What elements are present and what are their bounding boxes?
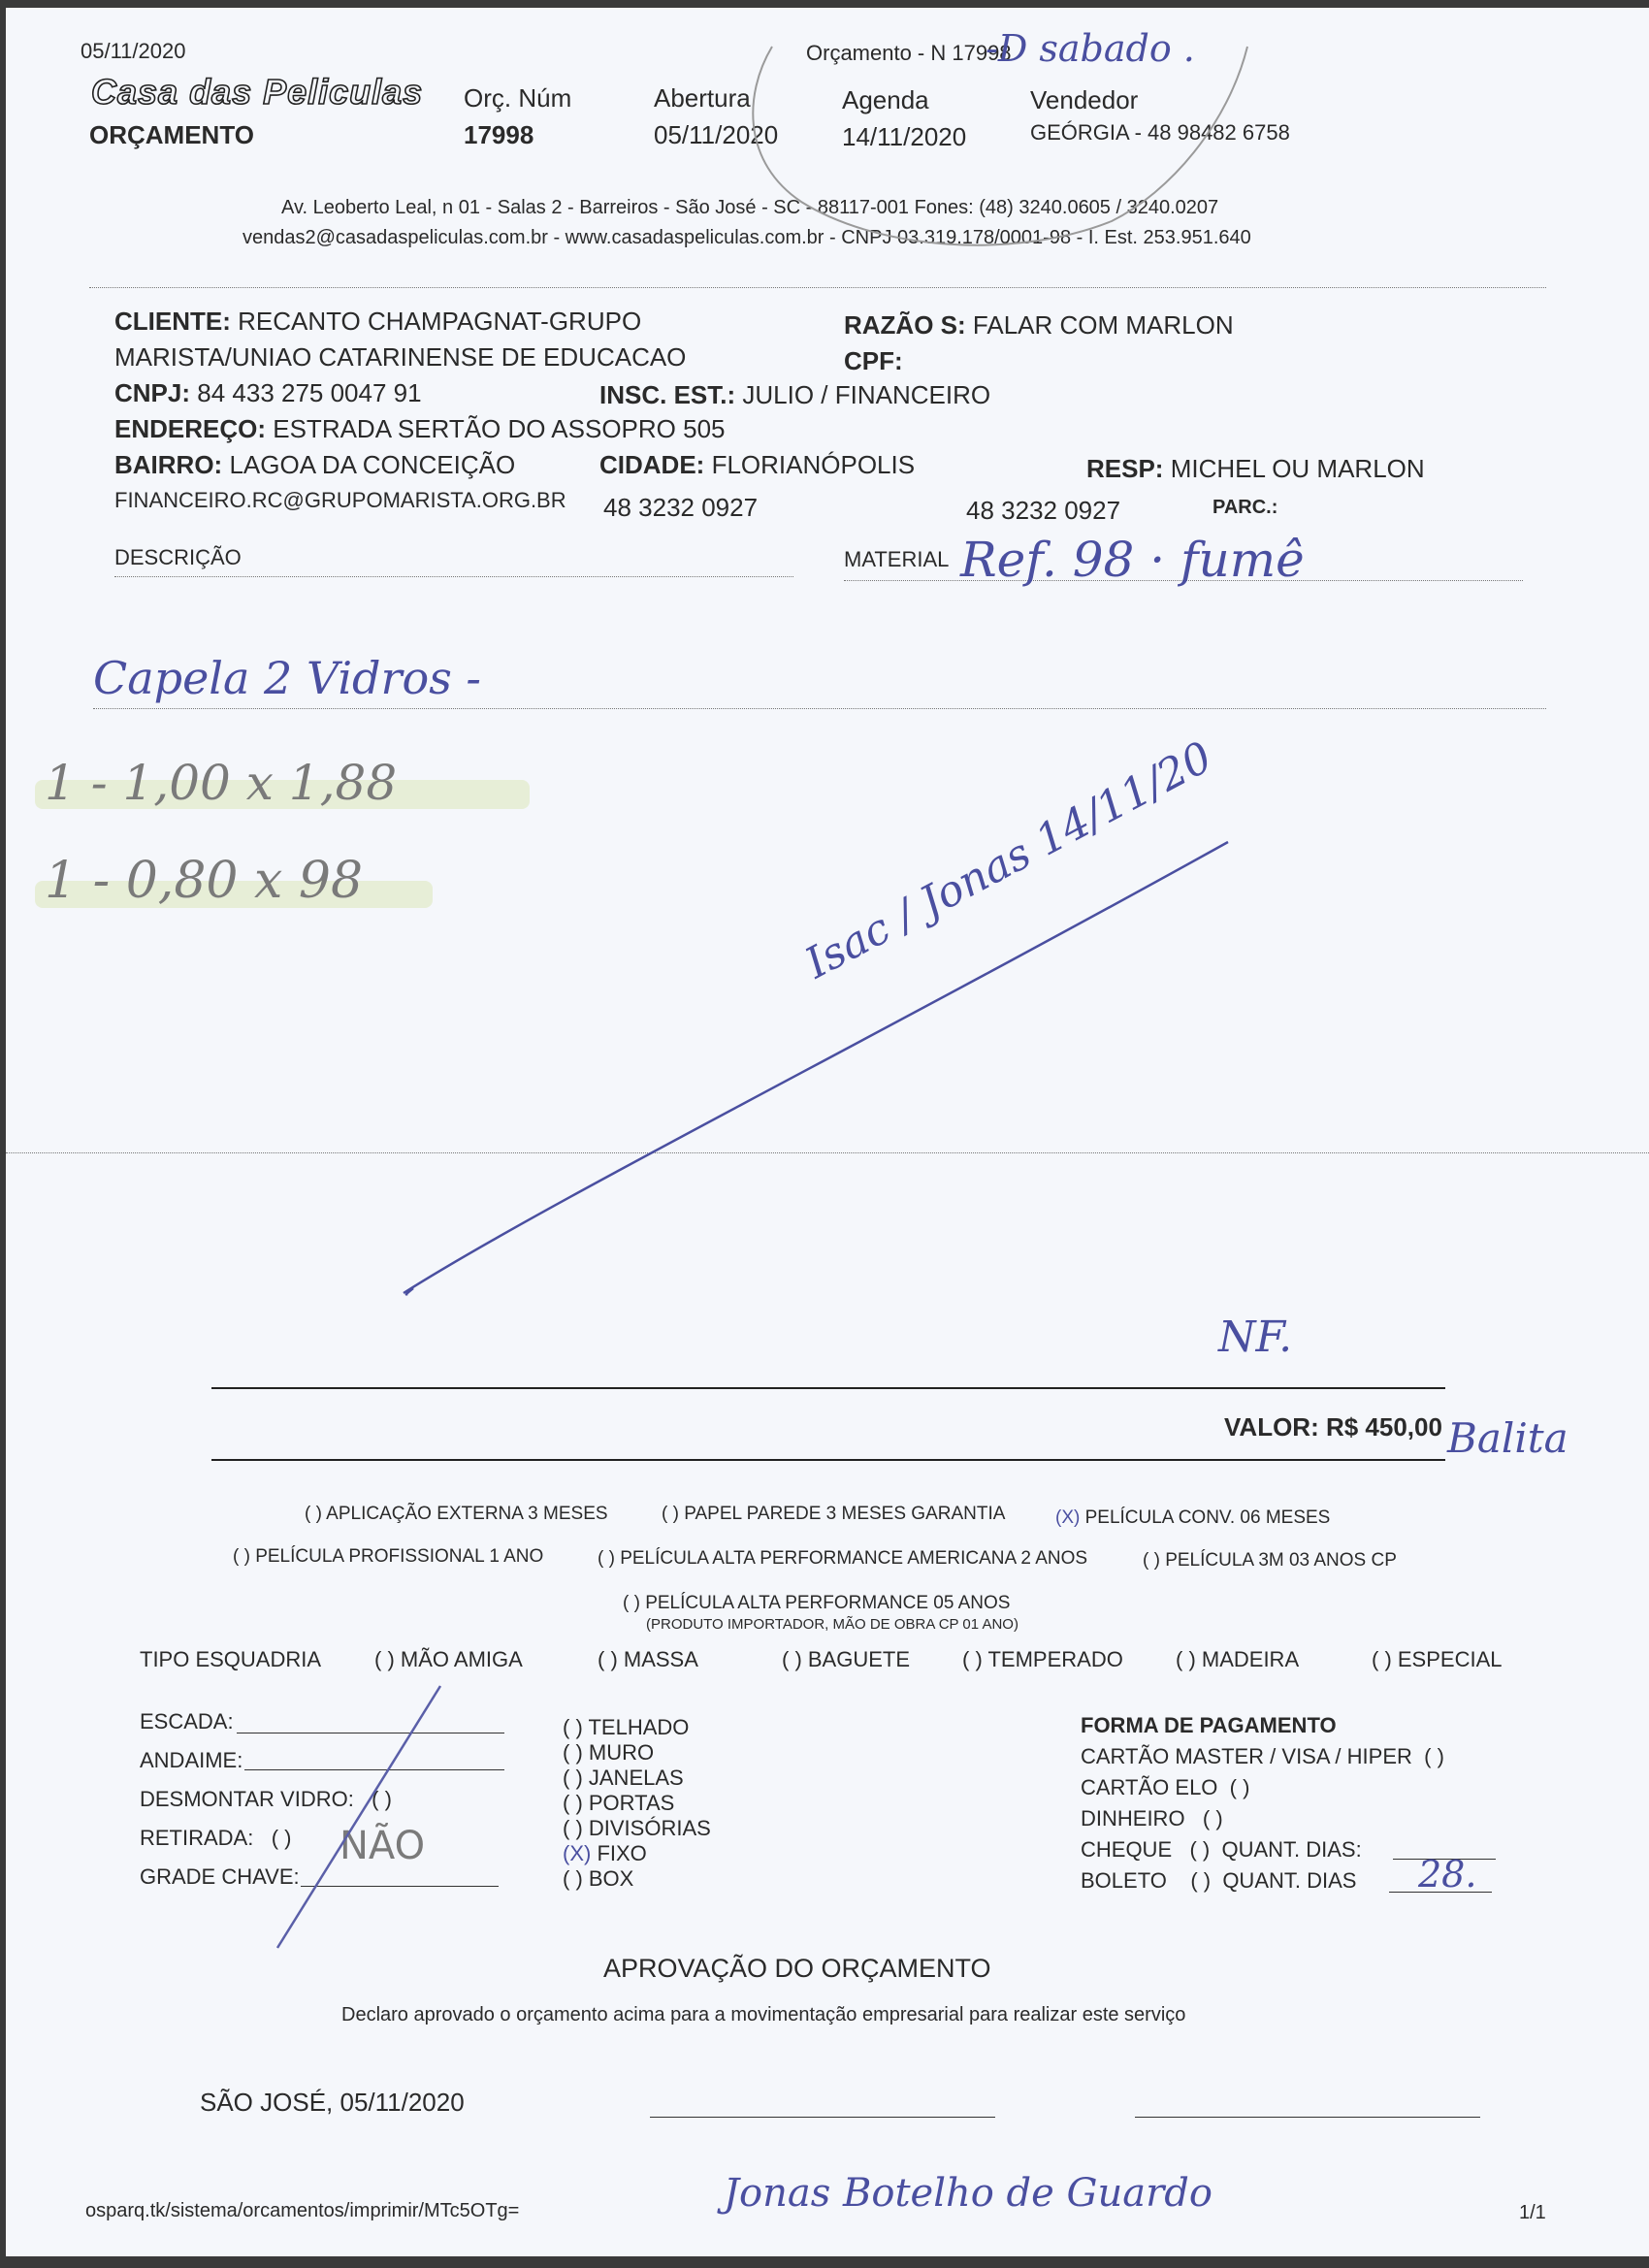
checkbox-empty[interactable]: ( ) (1176, 1647, 1196, 1671)
option-label: MÃO AMIGA (395, 1647, 523, 1671)
agenda-label: Agenda (842, 85, 929, 115)
esquadria-option[interactable]: ( ) BAGUETE (782, 1647, 910, 1672)
andaime-line (244, 1769, 504, 1770)
option-label: ESPECIAL (1392, 1647, 1503, 1671)
escada-field[interactable]: ESCADA: (140, 1709, 234, 1734)
checkbox-empty[interactable]: ( ) (563, 1791, 583, 1815)
footer-url[interactable]: osparq.tk/sistema/orcamentos/imprimir/MT… (85, 2200, 519, 2222)
agenda-value: 14/11/2020 (842, 122, 966, 152)
orc-num-label: Orç. Núm (464, 83, 571, 113)
esquadria-option[interactable]: ( ) MÃO AMIGA (374, 1647, 523, 1672)
print-date: 05/11/2020 (81, 39, 185, 64)
resp-field: RESP: MICHEL OU MARLON (1086, 454, 1425, 484)
option-label: BOX (583, 1866, 634, 1891)
checkbox-checked[interactable]: (X) (563, 1841, 591, 1865)
signature-line-1 (650, 2117, 995, 2118)
checkbox-empty[interactable]: ( ) (962, 1647, 983, 1671)
checkbox-empty[interactable]: ( ) (598, 1647, 618, 1671)
document-reference: Orçamento - N 17998 (806, 41, 1012, 66)
approval-place-date: SÃO JOSÉ, 05/11/2020 (200, 2088, 465, 2118)
description-line-3: 1 - 0,80 x 98 (45, 852, 363, 910)
checkbox-checked[interactable]: (X) (1055, 1507, 1080, 1528)
checkbox-empty[interactable]: ( ) (563, 1740, 583, 1765)
valor-top-rule (211, 1387, 1445, 1389)
option-label: TEMPERADO (983, 1647, 1123, 1671)
option-label: TELHADO (583, 1715, 690, 1739)
esquadria-option[interactable]: ( ) TEMPERADO (962, 1647, 1123, 1672)
checkbox-empty[interactable]: ( ) (1372, 1647, 1392, 1671)
checkbox-empty[interactable]: ( ) (305, 1504, 322, 1524)
company-address: Av. Leoberto Leal, n 01 - Salas 2 - Barr… (281, 197, 1218, 219)
paper-fold-line (6, 1152, 1649, 1153)
option-label: PELÍCULA ALTA PERFORMANCE AMERICANA 2 AN… (615, 1548, 1087, 1569)
vendedor-label: Vendedor (1030, 85, 1138, 115)
location-option[interactable]: (X) FIXO (563, 1841, 647, 1866)
location-option[interactable]: ( ) BOX (563, 1866, 633, 1892)
desmontar-vidro-field[interactable]: DESMONTAR VIDRO: ( ) (140, 1787, 392, 1812)
document-page: 05/11/2020 Orçamento - N 17998 -D sabado… (6, 8, 1649, 2256)
option-label: PORTAS (583, 1791, 675, 1815)
service-option-note: (PRODUTO IMPORTADOR, MÃO DE OBRA CP 01 A… (646, 1616, 1018, 1633)
checkbox-empty[interactable]: ( ) (782, 1647, 802, 1671)
checkbox-empty[interactable]: ( ) (662, 1504, 679, 1524)
location-option[interactable]: ( ) TELHADO (563, 1715, 689, 1740)
bairro-field: BAIRRO: LAGOA DA CONCEIÇÃO (114, 450, 515, 480)
checkbox-empty[interactable]: ( ) (374, 1647, 395, 1671)
retirada-field[interactable]: RETIRADA: ( ) (140, 1826, 291, 1851)
approval-declaration: Declaro aprovado o orçamento acima para … (341, 2004, 1185, 2026)
cliente-field-continued: MARISTA/UNIAO CATARINENSE DE EDUCACAO (114, 342, 686, 373)
location-option[interactable]: ( ) PORTAS (563, 1791, 674, 1816)
razao-field: RAZÃO S: FALAR COM MARLON (844, 310, 1234, 340)
descricao-label: DESCRIÇÃO (114, 545, 242, 570)
checkbox-empty[interactable]: ( ) (563, 1715, 583, 1739)
payment-cheque[interactable]: CHEQUE ( ) QUANT. DIAS: (1081, 1837, 1362, 1863)
service-option[interactable]: ( ) APLICAÇÃO EXTERNA 3 MESES (305, 1504, 608, 1525)
client-phone-2: 48 3232 0927 (966, 496, 1120, 526)
esquadria-option[interactable]: ( ) MADEIRA (1176, 1647, 1299, 1672)
parc-label: PARC.: (1212, 497, 1277, 519)
option-label: MASSA (618, 1647, 698, 1671)
cnpj-field: CNPJ: 84 433 275 0047 91 (114, 378, 422, 408)
service-option[interactable]: ( ) PELÍCULA PROFISSIONAL 1 ANO (233, 1546, 543, 1568)
option-label: DIVISÓRIAS (583, 1816, 711, 1840)
option-label: JANELAS (583, 1766, 684, 1790)
client-email: FINANCEIRO.RC@GRUPOMARISTA.ORG.BR (114, 488, 566, 513)
location-option[interactable]: ( ) DIVISÓRIAS (563, 1816, 711, 1841)
service-option[interactable]: ( ) PELÍCULA ALTA PERFORMANCE AMERICANA … (598, 1548, 1087, 1570)
description-line-2: 1 - 1,00 x 1,88 (45, 755, 397, 811)
grade-chave-line (301, 1886, 499, 1887)
orc-num-value: 17998 (464, 120, 533, 150)
service-option[interactable]: ( ) PAPEL PAREDE 3 MESES GARANTIA (662, 1504, 1005, 1525)
esquadria-option[interactable]: ( ) MASSA (598, 1647, 698, 1672)
signature-line-2 (1135, 2117, 1480, 2118)
payment-dinheiro[interactable]: DINHEIRO ( ) (1081, 1806, 1223, 1831)
option-label: PAPEL PAREDE 3 MESES GARANTIA (679, 1504, 1005, 1524)
handwritten-sabado-note: -D sabado . (986, 27, 1195, 70)
grade-chave-field[interactable]: GRADE CHAVE: (140, 1864, 300, 1890)
abertura-label: Abertura (654, 83, 751, 113)
valor-handwritten: Balita (1447, 1414, 1568, 1462)
diagonal-handwritten-note: Isac / Jonas 14/11/20 (797, 732, 1220, 988)
service-option[interactable]: ( ) PELÍCULA 3M 03 ANOS CP (1143, 1550, 1397, 1571)
checkbox-empty[interactable]: ( ) (623, 1593, 640, 1613)
valor-bottom-rule (211, 1459, 1445, 1461)
checkbox-empty[interactable]: ( ) (233, 1546, 250, 1567)
abertura-value: 05/11/2020 (654, 120, 778, 150)
option-label: MURO (583, 1740, 654, 1765)
esquadria-option[interactable]: ( ) ESPECIAL (1372, 1647, 1502, 1672)
option-label: PELÍCULA 3M 03 ANOS CP (1160, 1550, 1397, 1571)
page-number: 1/1 (1519, 2202, 1546, 2224)
cliente-field: CLIENTE: RECANTO CHAMPAGNAT-GRUPO (114, 307, 641, 337)
escada-line (237, 1733, 504, 1733)
cpf-label: CPF: (844, 346, 903, 376)
material-handwritten: Ref. 98 · fumê (960, 532, 1305, 588)
approval-title: APROVAÇÃO DO ORÇAMENTO (603, 1954, 991, 1984)
nf-note: NF. (1218, 1312, 1292, 1362)
company-logo: Casa das Peliculas (91, 72, 423, 113)
description-rule-1 (93, 708, 1546, 709)
company-contact: vendas2@casadaspeliculas.com.br - www.ca… (242, 227, 1251, 249)
andaime-field[interactable]: ANDAIME: (140, 1748, 242, 1773)
checkbox-empty[interactable]: ( ) (563, 1816, 583, 1840)
checkbox-empty[interactable]: ( ) (1143, 1550, 1160, 1571)
option-label: MADEIRA (1196, 1647, 1299, 1671)
boleto-dias-handwritten: 28. (1418, 1853, 1476, 1895)
payment-title: FORMA DE PAGAMENTO (1081, 1713, 1337, 1738)
option-label: BAGUETE (802, 1647, 910, 1671)
option-label: PELÍCULA PROFISSIONAL 1 ANO (250, 1546, 543, 1567)
location-option[interactable]: ( ) JANELAS (563, 1766, 684, 1791)
payment-cartao-elo[interactable]: CARTÃO ELO ( ) (1081, 1775, 1249, 1800)
insc-est-field: INSC. EST.: JULIO / FINANCEIRO (599, 380, 990, 410)
header-divider (89, 287, 1546, 288)
nao-handwritten: NÃO (339, 1824, 425, 1868)
extras-cross-out-stroke (277, 1686, 440, 1948)
location-option[interactable]: ( ) MURO (563, 1740, 654, 1766)
cidade-field: CIDADE: FLORIANÓPOLIS (599, 450, 915, 480)
option-label: PELÍCULA CONV. 06 MESES (1080, 1507, 1330, 1528)
vendedor-value: GEÓRGIA - 48 98482 6758 (1030, 120, 1290, 146)
option-label: APLICAÇÃO EXTERNA 3 MESES (322, 1504, 608, 1524)
valor-total: VALOR: R$ 450,00 (1224, 1412, 1442, 1442)
option-label: FIXO (591, 1841, 646, 1865)
checkbox-empty[interactable]: ( ) (563, 1866, 583, 1891)
endereco-field: ENDEREÇO: ESTRADA SERTÃO DO ASSOPRO 505 (114, 414, 726, 444)
option-label: PELÍCULA ALTA PERFORMANCE 05 ANOS (640, 1593, 1011, 1613)
service-option[interactable]: (X) PELÍCULA CONV. 06 MESES (1055, 1507, 1330, 1529)
payment-boleto[interactable]: BOLETO ( ) QUANT. DIAS (1081, 1868, 1356, 1894)
tipo-esquadria-label: TIPO ESQUADRIA (140, 1647, 321, 1672)
service-option[interactable]: ( ) PELÍCULA ALTA PERFORMANCE 05 ANOS (623, 1593, 1010, 1614)
descricao-rule (114, 576, 793, 577)
document-type: ORÇAMENTO (89, 120, 254, 150)
client-phone-1: 48 3232 0927 (603, 493, 758, 523)
checkbox-empty[interactable]: ( ) (598, 1548, 615, 1569)
diagonal-cross-out-stroke (404, 842, 1228, 1293)
checkbox-empty[interactable]: ( ) (563, 1766, 583, 1790)
description-line-1: Capela 2 Vidros - (93, 652, 481, 704)
client-signature: Jonas Botelho de Guardo (724, 2171, 1212, 2216)
material-label: MATERIAL (844, 547, 949, 572)
payment-cartao-master[interactable]: CARTÃO MASTER / VISA / HIPER ( ) (1081, 1744, 1444, 1769)
